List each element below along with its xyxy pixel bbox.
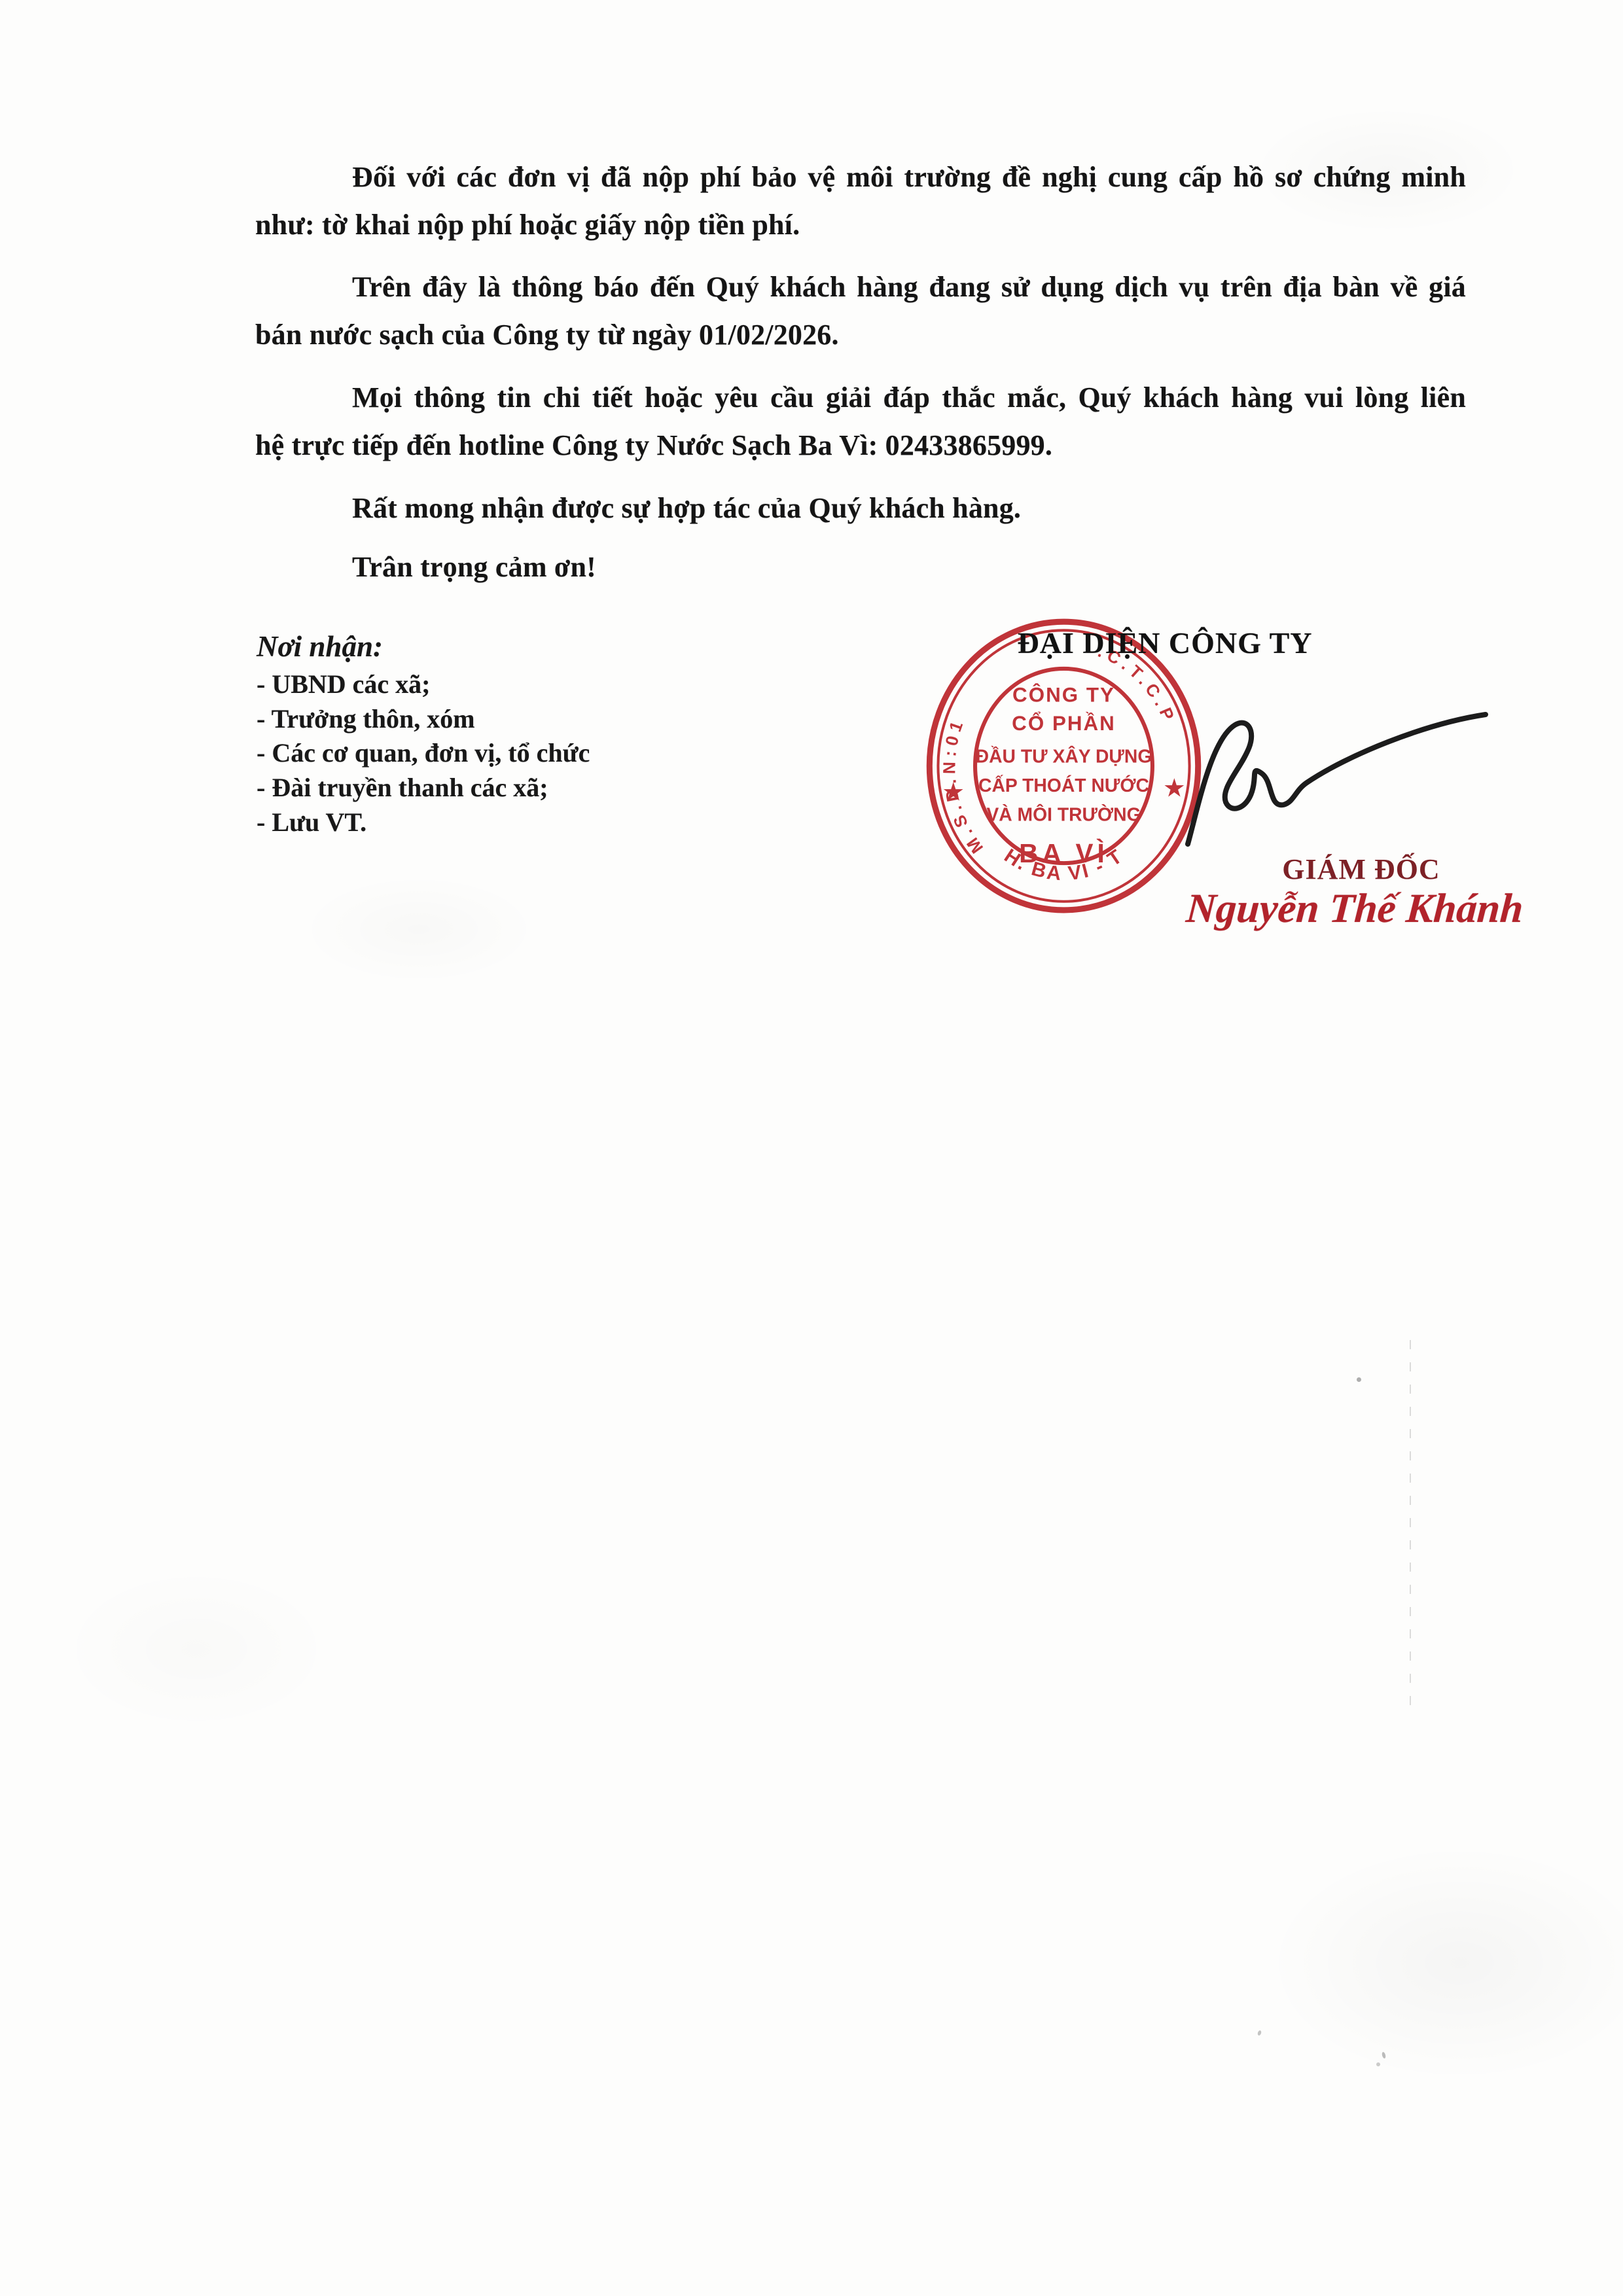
paragraph-line: Đối với các đơn vị đã nộp phí bảo vệ môi…	[255, 157, 1466, 198]
seal-line-cong-ty: CÔNG TY	[1012, 682, 1115, 706]
director-title: GIÁM ĐỐC	[1217, 853, 1505, 886]
closing-line: Trân trọng cảm ơn!	[255, 547, 1466, 588]
recipient-item: - UBND các xã;	[257, 669, 431, 699]
seal-line-co-phan: CỔ PHẦN	[1012, 711, 1116, 735]
director-name: Nguyễn Thế Khánh	[1143, 885, 1565, 932]
scan-speck	[1257, 2030, 1262, 2036]
recipient-item: - Đài truyền thanh các xã;	[257, 773, 548, 803]
recipient-item: - Trưởng thôn, xóm	[257, 704, 475, 734]
scanned-letter-page: Đối với các đơn vị đã nộp phí bảo vệ môi…	[0, 0, 1623, 2296]
seal-line-dau-tu: ĐẦU TƯ XÂY DỰNG	[976, 745, 1152, 766]
paragraph-line: như: tờ khai nộp phí hoặc giấy nộp tiền …	[255, 205, 1466, 245]
paragraph-line: hệ trực tiếp đến hotline Công ty Nước Sạ…	[255, 425, 1466, 466]
seal-line-ba-vi: BA VÌ	[1019, 838, 1109, 868]
paragraph-line: Mọi thông tin chi tiết hoặc yêu cầu giải…	[255, 378, 1466, 418]
director-signature	[1147, 701, 1504, 862]
scan-speck	[1376, 2062, 1380, 2066]
scan-artifact-line	[1410, 1340, 1411, 1706]
scan-speck	[1382, 2052, 1386, 2059]
recipient-item: - Lưu VT.	[257, 807, 366, 838]
company-representative-header: ĐẠI DIỆN CÔNG TY	[942, 626, 1387, 660]
recipients-heading: Nơi nhận:	[257, 629, 383, 663]
scan-speck	[1357, 1377, 1361, 1382]
paragraph-line: Rất mong nhận được sự hợp tác của Quý kh…	[255, 488, 1466, 529]
signature-stroke	[1188, 715, 1486, 844]
seal-line-cap-thoat: CẤP THOÁT NƯỚC	[978, 775, 1149, 796]
paragraph-line: bán nước sạch của Công ty từ ngày 01/02/…	[255, 315, 1466, 355]
recipient-item: - Các cơ quan, đơn vị, tổ chức	[257, 738, 590, 768]
seal-line-moi-truong: VÀ MÔI TRƯỜNG	[986, 804, 1141, 824]
paragraph-line: Trên đây là thông báo đến Quý khách hàng…	[255, 267, 1466, 308]
seal-star-left: ★	[943, 780, 963, 805]
